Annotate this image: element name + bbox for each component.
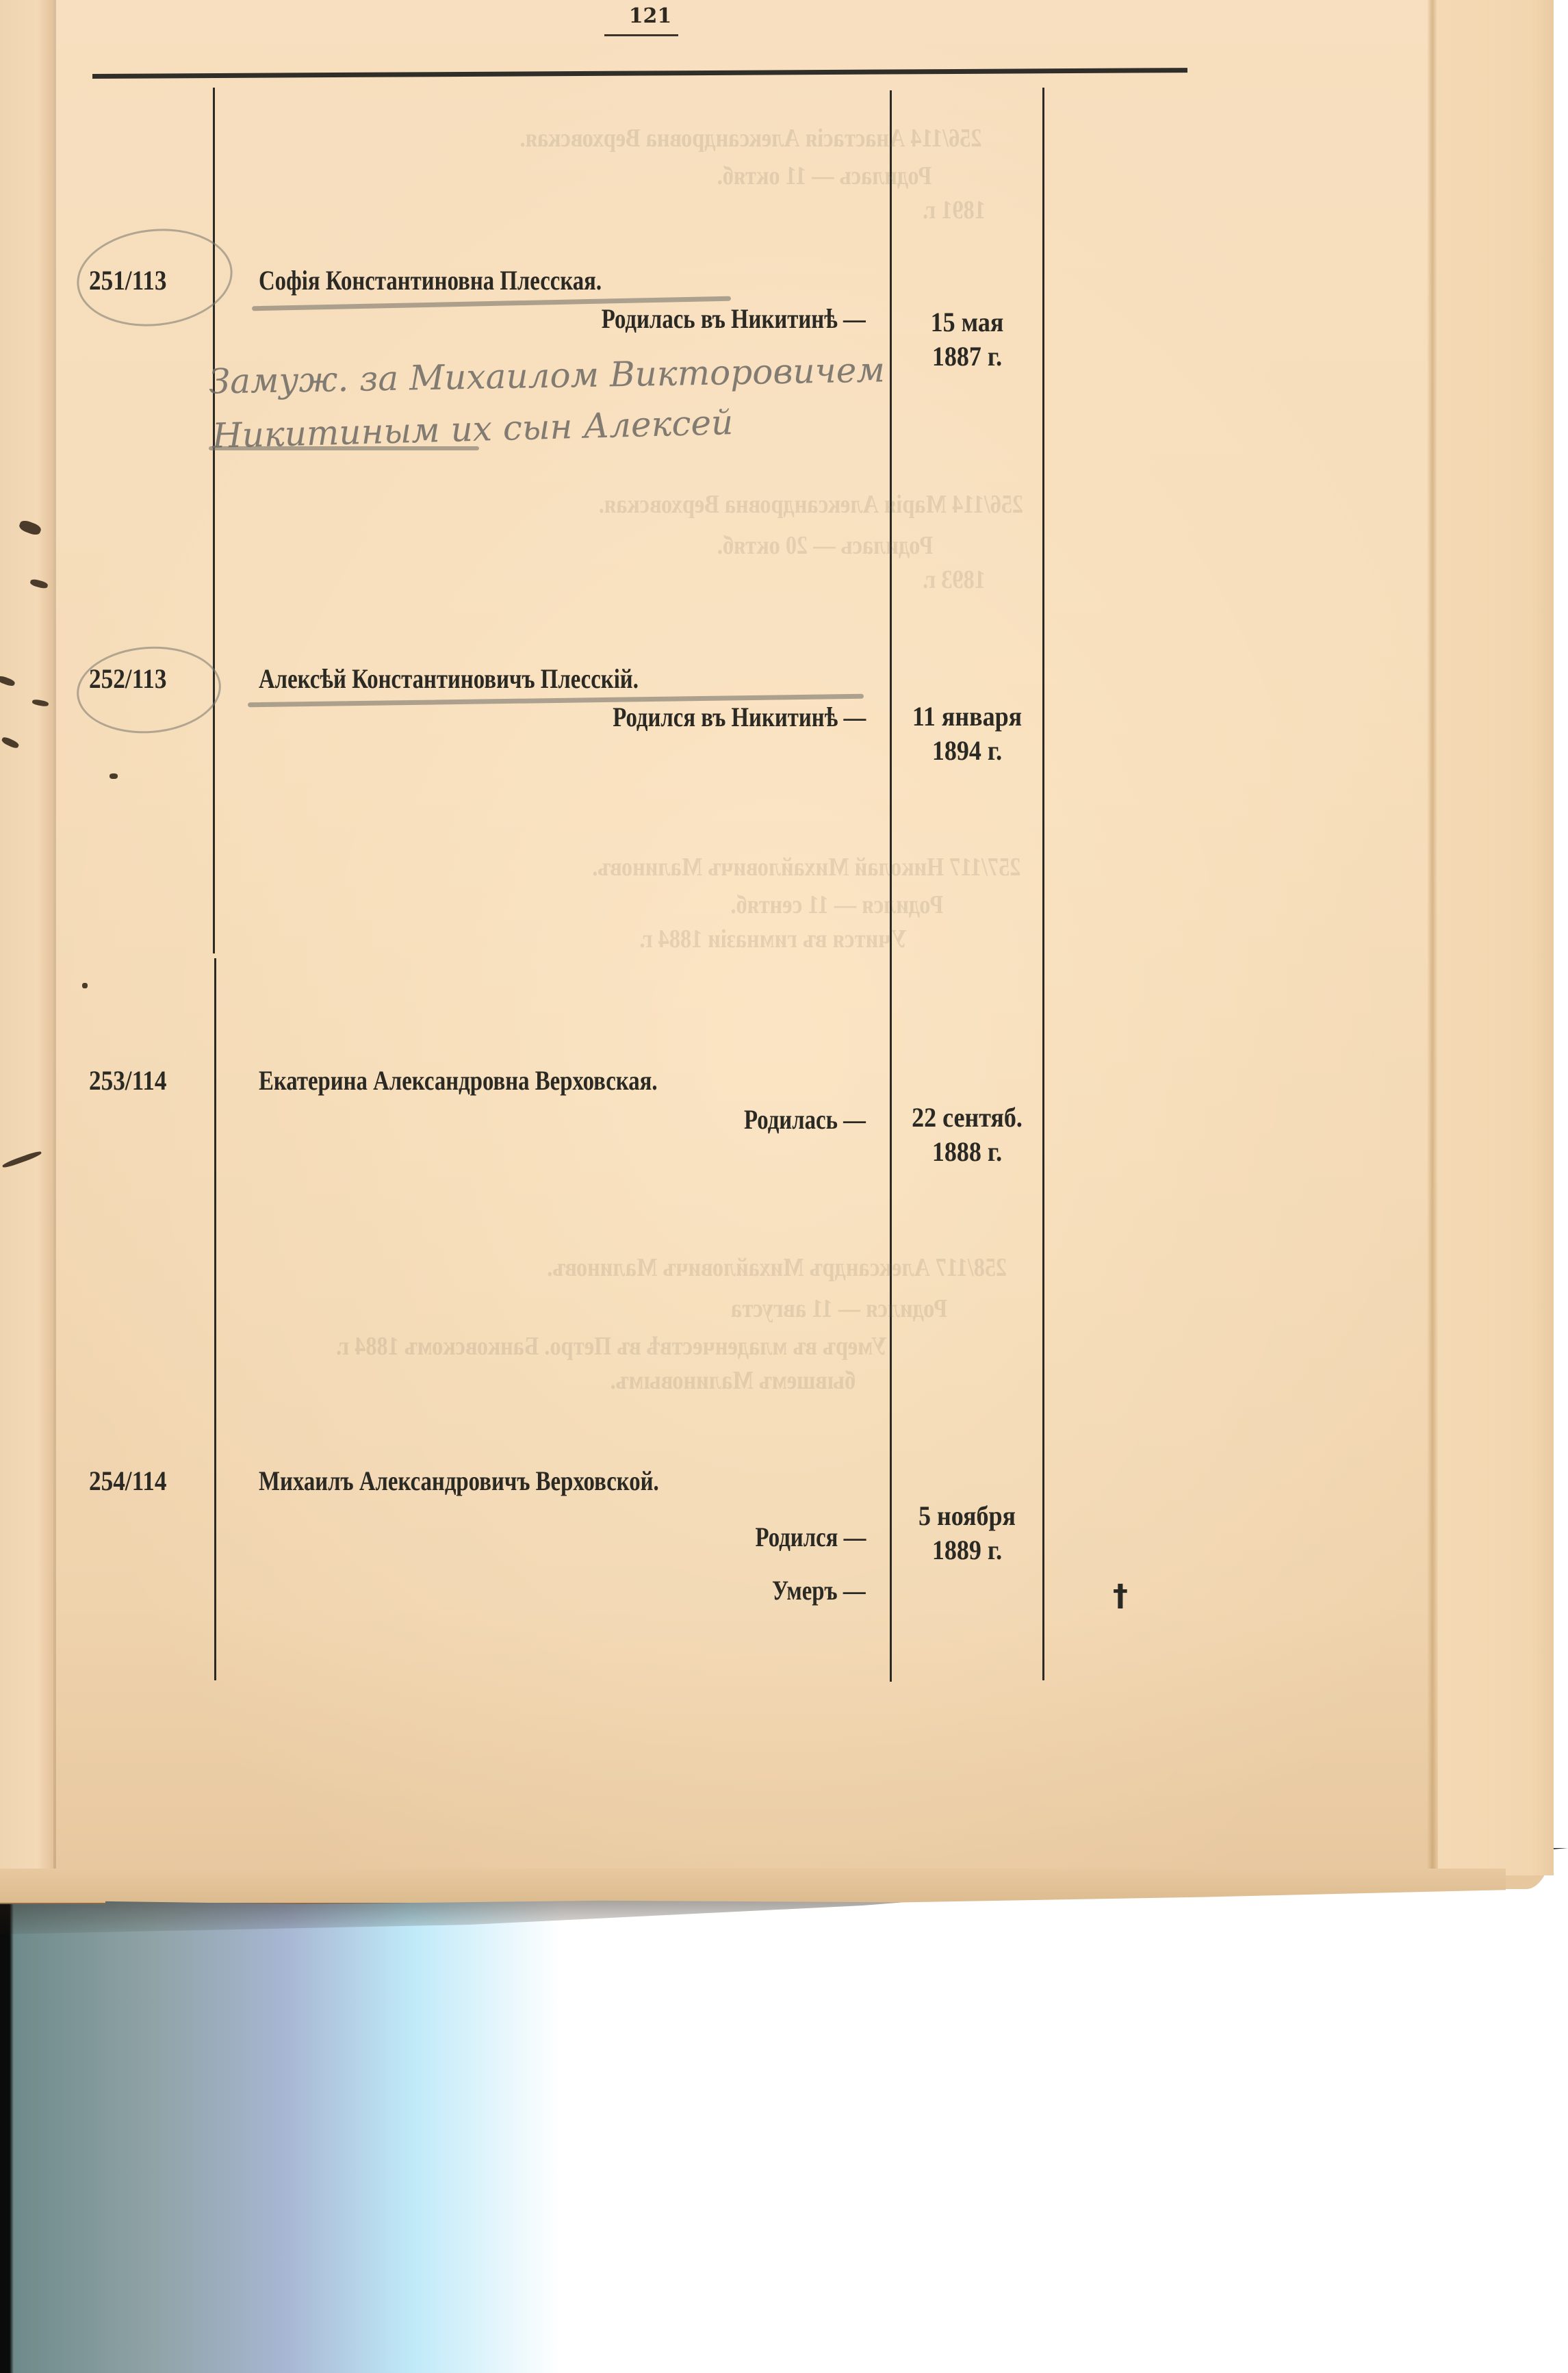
entry-event: Родилась —	[744, 1103, 866, 1136]
death-cross-icon: †	[1113, 1578, 1128, 1613]
entry-date-day: 5 ноября	[899, 1499, 1035, 1533]
column-divider-date	[890, 90, 892, 1682]
bleed-through-text: Родился — 11 августа	[731, 1294, 947, 1324]
pencil-underline	[209, 446, 479, 450]
entry-event: Родился —	[755, 1521, 866, 1553]
left-page-edge	[0, 0, 53, 1889]
entry-id: 251/113	[89, 264, 166, 296]
bleed-through-text: Учится въ гимназіи 1884 г.	[639, 924, 907, 954]
entry-date: 15 мая 1887 г.	[899, 305, 1035, 374]
bleed-through-text: бывшемъ Малиновымъ.	[611, 1365, 856, 1396]
entry-id: 252/113	[89, 663, 166, 695]
right-page-flap	[1438, 0, 1554, 1875]
column-divider-notes	[1042, 88, 1044, 1680]
debris-mark	[82, 983, 88, 988]
bleed-through-text: Умеръ въ младенчествѣ въ Петро. Банковск…	[336, 1331, 887, 1361]
binding-gutter	[53, 0, 56, 1889]
entry-date: 5 ноября 1889 г.	[899, 1499, 1035, 1567]
entry-date-day: 11 января	[899, 700, 1035, 734]
entry-id: 253/114	[89, 1064, 166, 1096]
bleed-through-text: 256/114 Анастасія Александровна Верховск…	[520, 123, 982, 153]
bleed-through-text: 1893 г.	[923, 565, 986, 595]
page-number: 121	[589, 4, 712, 28]
bleed-through-text: 257/117 Николай Михайловичъ Малиновъ.	[592, 852, 1020, 882]
entry-name: Софія Константиновна Плесская.	[259, 264, 602, 296]
register-page: 121 256/114 Анастасія Александровна Верх…	[0, 0, 1554, 1889]
bleed-through-text: 1891 г.	[923, 195, 986, 225]
entry-date-day: 15 мая	[899, 305, 1035, 339]
entry-name: Алексѣй Константиновичъ Плесскій.	[259, 663, 639, 695]
entry-id: 254/114	[89, 1465, 166, 1497]
page-number-rule	[604, 34, 678, 36]
bleed-through-text: Родилась — 11 октяб.	[717, 161, 932, 191]
entry-date-year: 1889 г.	[899, 1533, 1035, 1567]
entry-date-year: 1888 г.	[899, 1135, 1035, 1169]
bleed-through-text: 258/117 Александръ Михайловичъ Малиновъ.	[547, 1253, 1007, 1283]
entry-date: 11 января 1894 г.	[899, 700, 1035, 768]
bleed-through-text: Родилась — 20 октяб.	[717, 530, 934, 561]
entry-name: Екатерина Александровна Верховская.	[259, 1064, 658, 1096]
column-divider-id-lower	[214, 958, 216, 1680]
debris-mark	[110, 773, 118, 779]
entry-date: 22 сентяб. 1888 г.	[899, 1101, 1035, 1169]
handwritten-note-line1: Замуж. за Михаилом Викторовичем	[209, 350, 886, 401]
entry-name: Михаилъ Александровичъ Верховской.	[259, 1465, 659, 1497]
bleed-through-text: 256/114 Марія Александровна Верховская.	[599, 489, 1023, 520]
entry-death-event: Умеръ —	[772, 1574, 866, 1606]
table-top-rule	[92, 68, 1187, 79]
entry-event: Родился въ Никитинѣ —	[613, 701, 866, 733]
entry-date-year: 1887 г.	[899, 339, 1035, 374]
entry-date-day: 22 сентяб.	[899, 1101, 1035, 1135]
entry-event: Родилась въ Никитинѣ —	[602, 303, 866, 335]
column-divider-id	[213, 88, 215, 953]
bleed-through-text: Родился — 11 сентяб.	[730, 890, 943, 920]
entry-date-year: 1894 г.	[899, 734, 1035, 768]
right-fold-crease	[1427, 0, 1438, 1875]
